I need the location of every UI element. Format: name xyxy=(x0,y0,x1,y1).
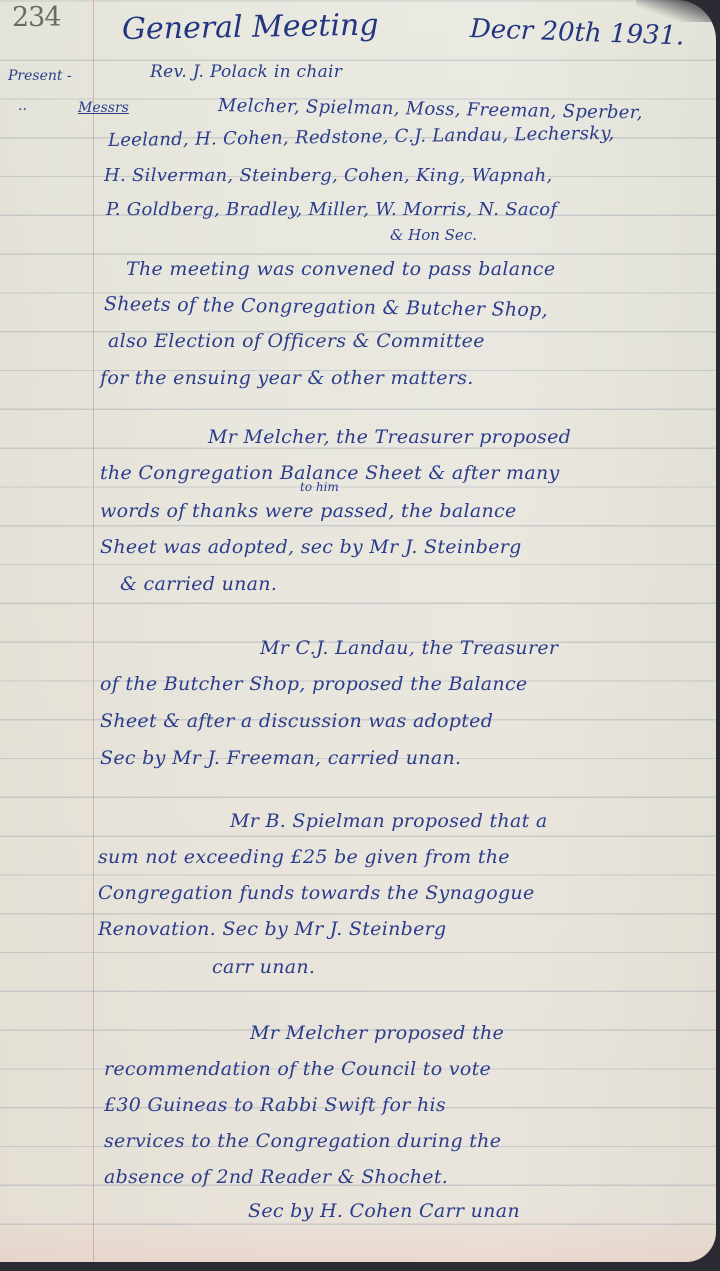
minute-book-page: 234 General Meeting Decr 20th 1931. Pres… xyxy=(0,0,716,1262)
minutes-line: services to the Congregation during the xyxy=(104,1130,501,1152)
attendance-line: P. Goldberg, Bradley, Miller, W. Morris,… xyxy=(106,199,557,220)
meeting-title: General Meeting xyxy=(122,8,379,47)
minutes-line: of the Butcher Shop, proposed the Balanc… xyxy=(100,673,527,695)
minutes-line: Mr Melcher proposed the xyxy=(250,1022,504,1044)
present-label: Present - xyxy=(8,68,72,84)
minutes-line: for the ensuing year & other matters. xyxy=(100,367,474,389)
minutes-line: the Congregation Balance Sheet & after m… xyxy=(100,462,560,484)
minutes-line: Congregation funds towards the Synagogue xyxy=(98,882,535,904)
attendance-line: & Hon Sec. xyxy=(390,226,477,244)
minutes-line: carr unan. xyxy=(212,956,315,978)
minutes-line: also Election of Officers & Committee xyxy=(108,330,485,352)
minutes-line: & carried unan. xyxy=(120,573,277,595)
minutes-line: Renovation. Sec by Mr J. Steinberg xyxy=(98,918,447,940)
minutes-line: £30 Guineas to Rabbi Swift for his xyxy=(104,1094,446,1116)
minutes-line: absence of 2nd Reader & Shochet. xyxy=(104,1166,448,1188)
attendance-line: H. Silverman, Steinberg, Cohen, King, Wa… xyxy=(104,165,553,186)
page-corner-shadow xyxy=(636,0,716,22)
minutes-line: The meeting was convened to pass balance xyxy=(126,258,555,280)
minutes-line: sum not exceeding £25 be given from the xyxy=(98,846,510,868)
minutes-line: Mr C.J. Landau, the Treasurer xyxy=(260,637,558,659)
messrs-label: Messrs xyxy=(78,100,129,116)
minutes-line: Sheet was adopted, sec by Mr J. Steinber… xyxy=(100,536,522,558)
minutes-line: Mr Melcher, the Treasurer proposed xyxy=(208,426,571,448)
minutes-line: Sec by H. Cohen Carr unan xyxy=(248,1200,520,1222)
minutes-line: Sec by Mr J. Freeman, carried unan. xyxy=(100,747,461,769)
page-number: 234 xyxy=(12,2,61,33)
minutes-line: Sheet & after a discussion was adopted xyxy=(100,710,493,732)
minutes-line: words of thanks were passed, the balance xyxy=(100,500,517,522)
minutes-line: Mr B. Spielman proposed that a xyxy=(230,810,548,832)
ditto-mark: .. xyxy=(18,98,27,114)
margin-rule xyxy=(93,0,94,1262)
chair-line: Rev. J. Polack in chair xyxy=(150,62,342,82)
minutes-line: recommendation of the Council to vote xyxy=(104,1058,491,1080)
